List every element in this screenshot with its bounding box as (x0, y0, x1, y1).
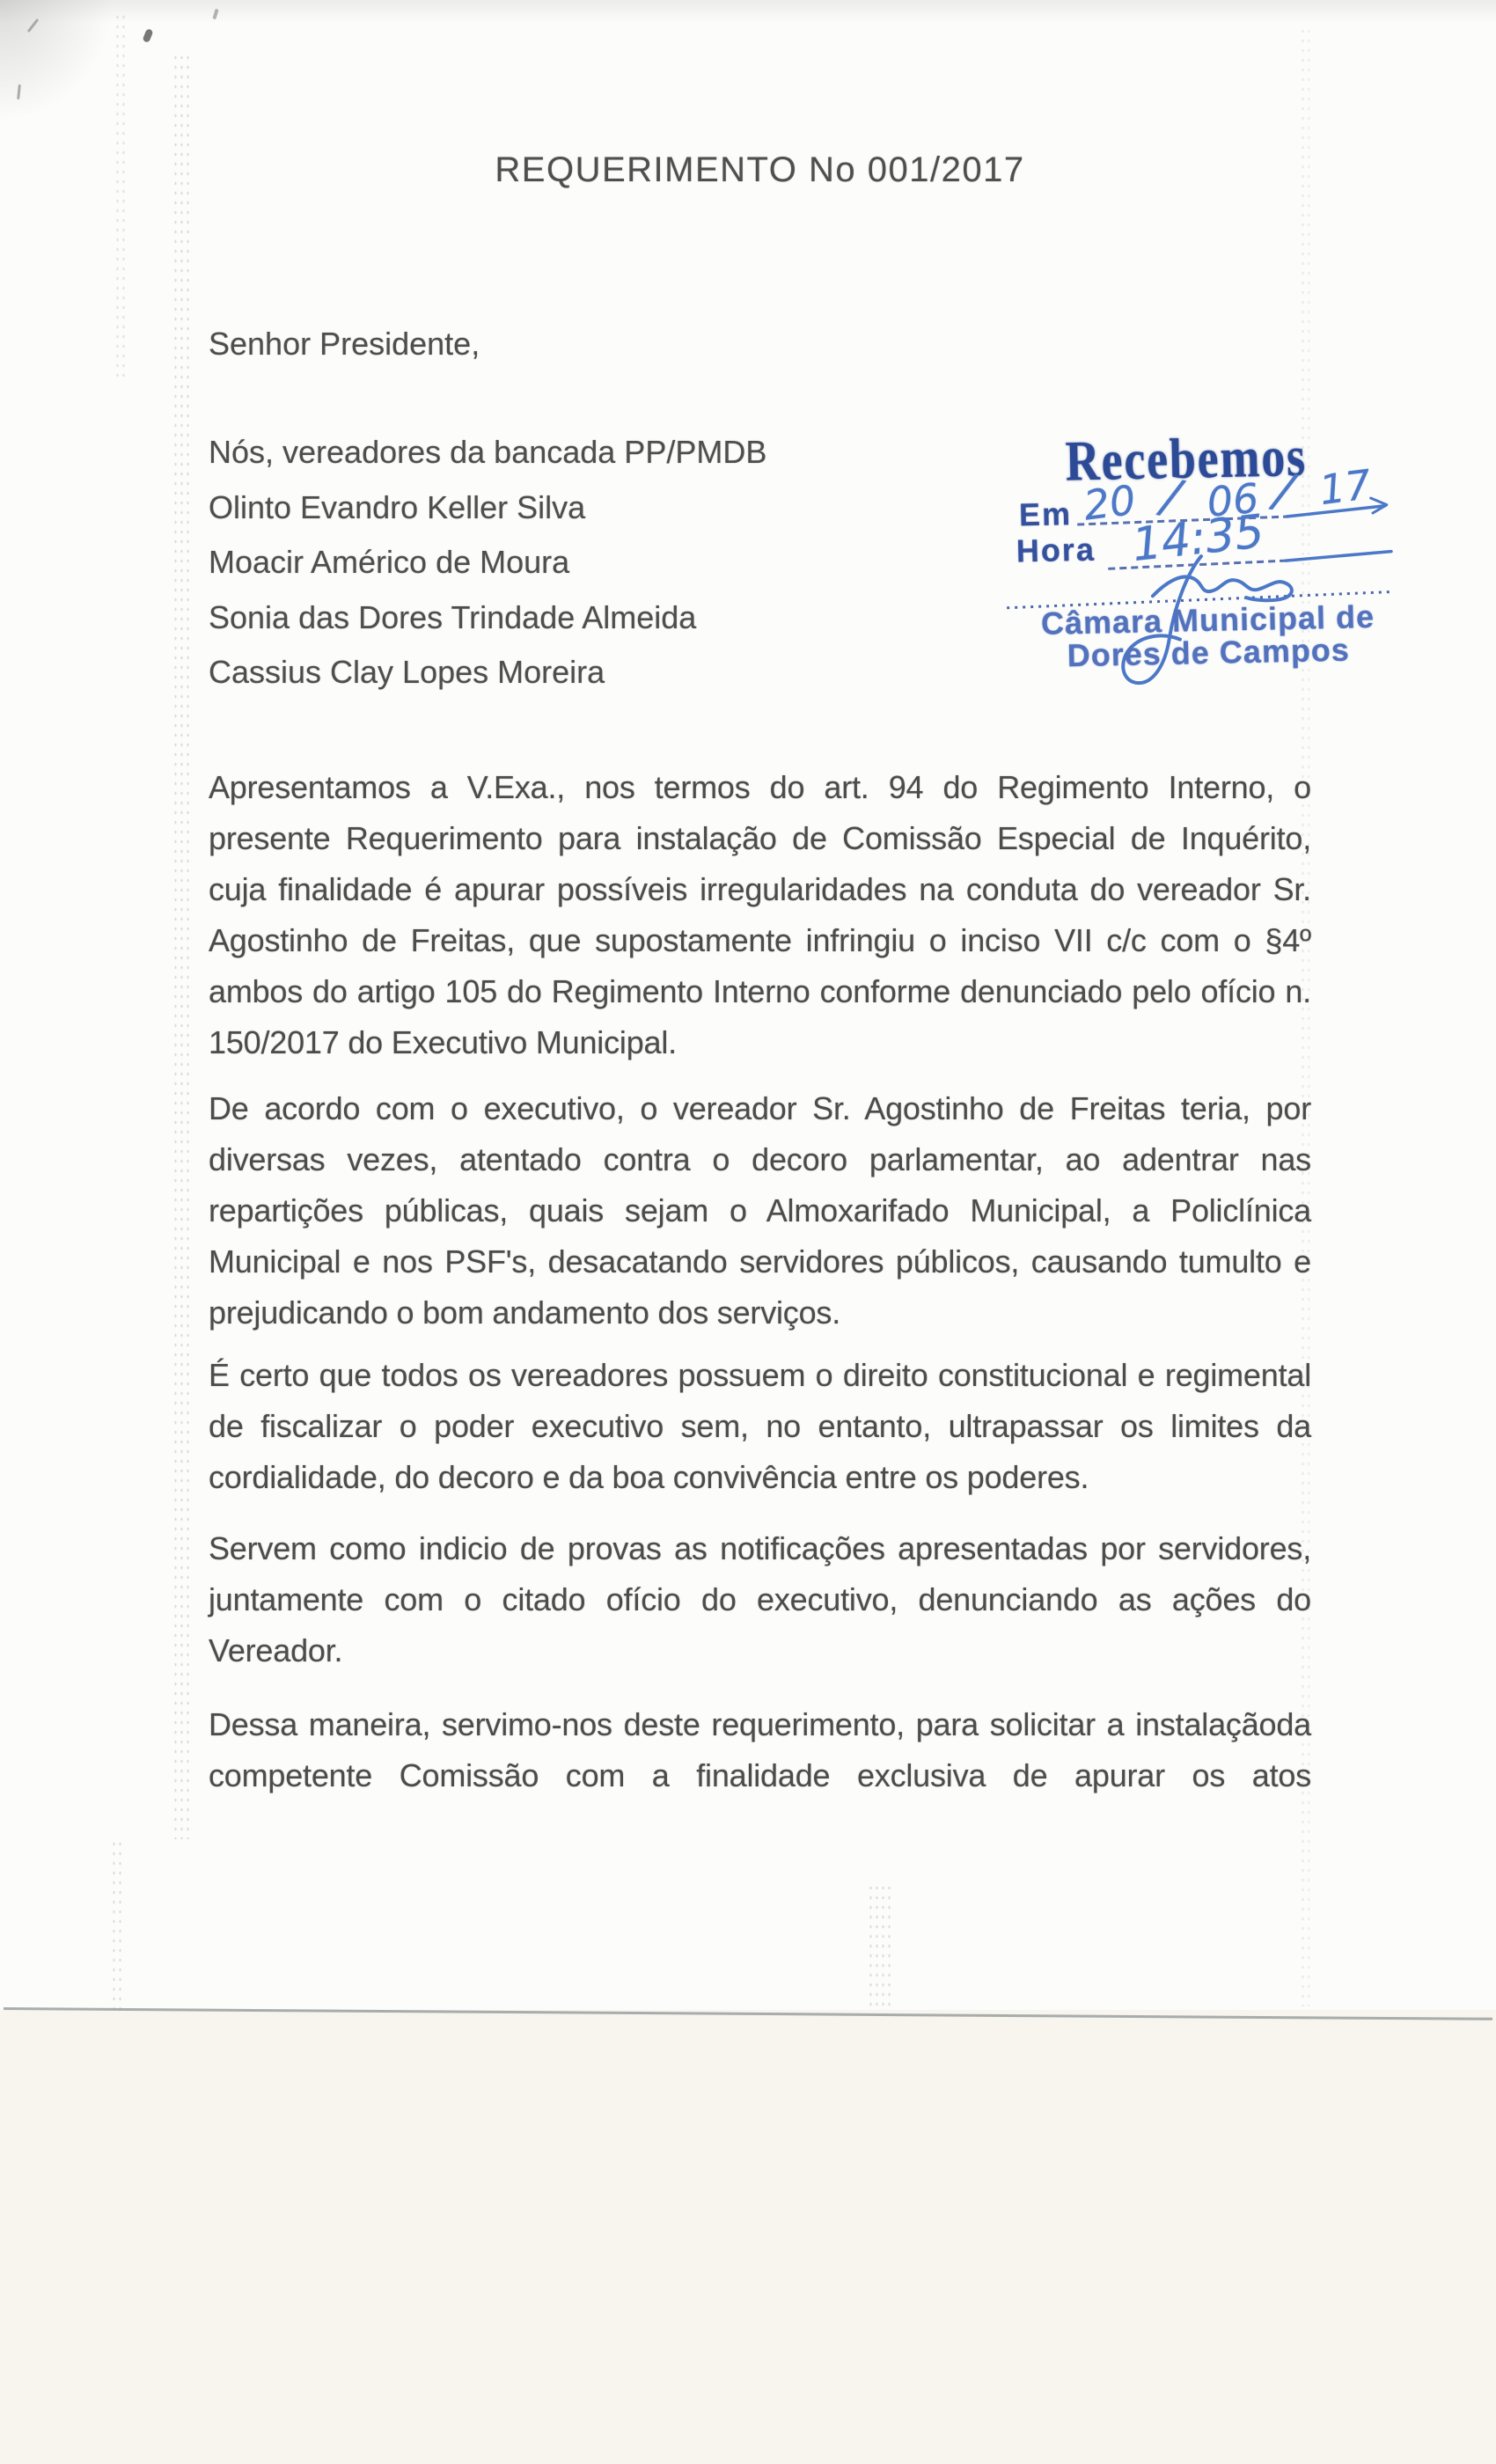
paragraph-line: diversas vezes, atentado contra o decoro… (209, 1134, 1311, 1185)
scan-artifact-noise-strip-upper-left (114, 12, 126, 382)
stamp-date-label: Em (1019, 495, 1073, 533)
paragraph: Servem como indicio de provas as notific… (209, 1523, 1311, 1676)
scan-artifact-fleck (142, 28, 153, 43)
signatory-name: Cassius Clay Lopes Moreira (209, 645, 1089, 700)
paragraph-line: Agostinho de Freitas, que supostamente i… (209, 915, 1311, 966)
paragraph-line: Servem como indicio de provas as notific… (209, 1523, 1311, 1574)
scan-artifact-noise-strip-lower-left (111, 1839, 121, 2011)
paragraph-line: competente Comissão com a finalidade exc… (209, 1750, 1311, 1801)
paragraph-line: De acordo com o executivo, o vereador Sr… (209, 1083, 1311, 1134)
paragraph-line: presente Requerimento para instalação de… (209, 813, 1311, 864)
paragraph-line: prejudicando o bom andamento dos serviço… (209, 1287, 1311, 1338)
paragraph-line: juntamente com o citado ofício do execut… (209, 1574, 1311, 1625)
paragraph-line: de fiscalizar o poder executivo sem, no … (209, 1401, 1311, 1452)
paragraph-line: cuja finalidade é apurar possíveis irreg… (209, 864, 1311, 915)
page-title: REQUERIMENTO No 001/2017 (209, 150, 1311, 190)
scan-artifact-noise-streak-bottom (868, 1883, 892, 2015)
signatories-block: Nós, vereadores da bancada PP/PMDB Olint… (209, 425, 1089, 700)
paragraph: De acordo com o executivo, o vereador Sr… (209, 1083, 1311, 1338)
paragraph: Dessa maneira, servimo-nos deste requeri… (209, 1699, 1311, 1801)
signatory-name: Sonia das Dores Trindade Almeida (209, 590, 1089, 646)
paragraph-line: Municipal e nos PSF's, desacatando servi… (209, 1236, 1311, 1287)
paragraph-line: Dessa maneira, servimo-nos deste requeri… (209, 1699, 1311, 1750)
scanned-document-page: REQUERIMENTO No 001/2017 Senhor Presiden… (0, 0, 1496, 2464)
stamp-time-label: Hora (1016, 532, 1096, 570)
scanner-background-area (0, 2010, 1496, 2464)
stamp-org-line-2: Dores de Campos (1041, 633, 1376, 672)
stamp-date-year: 17 (1316, 460, 1374, 514)
paragraph-line: 150/2017 do Executivo Municipal. (209, 1017, 1311, 1068)
signatory-name: Moacir Américo de Moura (209, 535, 1089, 590)
paragraph-line: repartições públicas, quais sejam o Almo… (209, 1185, 1311, 1236)
salutation: Senhor Presidente, (209, 326, 480, 363)
signatory-name: Olinto Evandro Keller Silva (209, 480, 1089, 536)
stamp-organization: Câmara Municipal de Dores de Campos (1040, 600, 1375, 672)
intro-line: Nós, vereadores da bancada PP/PMDB (209, 425, 1089, 480)
paragraph-line: cordialidade, do decoro e da boa convivê… (209, 1452, 1311, 1503)
scan-artifact-noise-strip-left (172, 53, 192, 1839)
received-stamp: Recebemos Em Hora 20 / 06 / 17 14:35 Câm… (991, 418, 1420, 779)
scan-artifact-top-edge (0, 0, 1496, 23)
paragraph: É certo que todos os vereadores possuem … (209, 1350, 1311, 1503)
paragraph-line: ambos do artigo 105 do Regimento Interno… (209, 966, 1311, 1017)
paragraph-line: Vereador. (209, 1625, 1311, 1676)
paragraph-line: É certo que todos os vereadores possuem … (209, 1350, 1311, 1401)
paragraph: Apresentamos a V.Exa., nos termos do art… (209, 762, 1311, 1068)
scan-artifact-corner-shading (0, 0, 123, 132)
